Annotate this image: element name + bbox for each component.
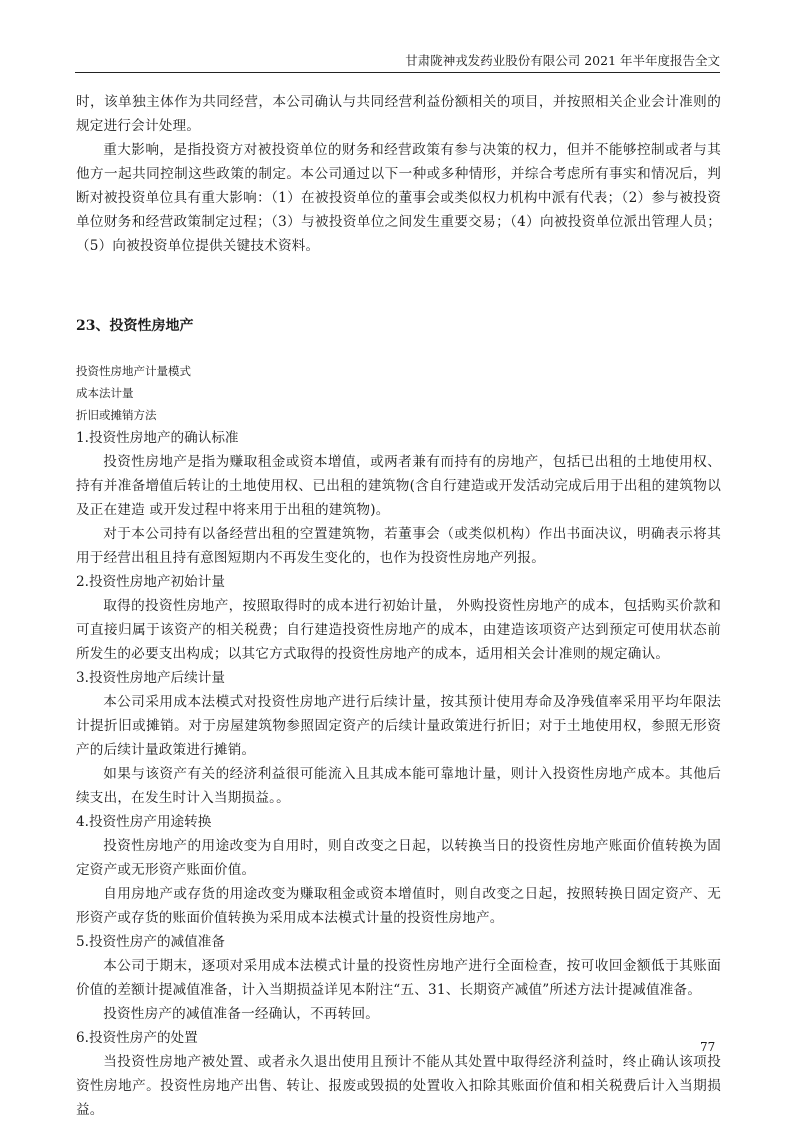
section-title: 23、投资性房地产: [76, 314, 721, 338]
subsection-paragraph: 对于本公司持有以备经营出租的空置建筑物，若董事会（或类似机构）作出书面决议，明确…: [76, 522, 721, 570]
report-title: 甘肃陇神戎发药业股份有限公司 2021 年半年度报告全文: [405, 53, 720, 68]
subsection-6: 6.投资性房产的处置 当投资性房地产被处置、或者永久退出使用且预计不能从其处置中…: [76, 1026, 721, 1122]
subsection-heading: 2.投资性房地产初始计量: [76, 570, 721, 594]
subsection-heading: 3.投资性房地产后续计量: [76, 666, 721, 690]
subsection-paragraph: 投资性房地产的用途改变为自用时，则自改变之日起，以转换当日的投资性房地产账面价值…: [76, 834, 721, 882]
measurement-model-label: 投资性房地产计量模式: [76, 360, 721, 382]
subsection-1: 1.投资性房地产的确认标准 投资性房地产是指为赚取租金或资本增值，或两者兼有而持…: [76, 426, 721, 570]
page-content: 时，该单独主体作为共同经营，本公司确认与共同经营利益份额相关的项目，并按照相关企…: [76, 90, 721, 1122]
subsection-heading: 4.投资性房产用途转换: [76, 810, 721, 834]
subsection-4: 4.投资性房产用途转换 投资性房地产的用途改变为自用时，则自改变之日起，以转换当…: [76, 810, 721, 930]
page-header: 甘肃陇神戎发药业股份有限公司 2021 年半年度报告全文: [75, 52, 720, 73]
measurement-model-value: 成本法计量: [76, 382, 721, 404]
subsection-paragraph: 本公司采用成本法模式对投资性房地产进行后续计量，按其预计使用寿命及净残值率采用平…: [76, 690, 721, 762]
intro-paragraph-1: 时，该单独主体作为共同经营，本公司确认与共同经营利益份额相关的项目，并按照相关企…: [76, 90, 721, 138]
subsection-paragraph: 投资性房地产是指为赚取租金或资本增值，或两者兼有而持有的房地产，包括已出租的土地…: [76, 450, 721, 522]
subsection-paragraph: 投资性房产的减值准备一经确认，不再转回。: [76, 1002, 721, 1026]
subsection-paragraph: 自用房地产或存货的用途改变为赚取租金或资本增值时，则自改变之日起，按照转换日固定…: [76, 882, 721, 930]
subsection-5: 5.投资性房产的减值准备 本公司于期末，逐项对采用成本法模式计量的投资性房地产进…: [76, 930, 721, 1026]
subsection-paragraph: 本公司于期末，逐项对采用成本法模式计量的投资性房地产进行全面检查，按可收回金额低…: [76, 954, 721, 1002]
subsection-heading: 5.投资性房产的减值准备: [76, 930, 721, 954]
subsection-3: 3.投资性房地产后续计量 本公司采用成本法模式对投资性房地产进行后续计量，按其预…: [76, 666, 721, 810]
subsection-paragraph: 如果与该资产有关的经济利益很可能流入且其成本能可靠地计量，则计入投资性房地产成本…: [76, 762, 721, 810]
subsection-2: 2.投资性房地产初始计量 取得的投资性房地产，按照取得时的成本进行初始计量， 外…: [76, 570, 721, 666]
page-number: 77: [700, 1040, 715, 1054]
subsection-heading: 1.投资性房地产的确认标准: [76, 426, 721, 450]
depreciation-method-label: 折旧或摊销方法: [76, 404, 721, 426]
intro-paragraph-2: 重大影响，是指投资方对被投资单位的财务和经营政策有参与决策的权力，但并不能够控制…: [76, 138, 721, 258]
spacer: [76, 258, 721, 314]
subsection-paragraph: 当投资性房地产被处置、或者永久退出使用且预计不能从其处置中取得经济利益时，终止确…: [76, 1050, 721, 1122]
spacer: [76, 338, 721, 360]
subsection-paragraph: 取得的投资性房地产，按照取得时的成本进行初始计量， 外购投资性房地产的成本，包括…: [76, 594, 721, 666]
subsection-heading: 6.投资性房产的处置: [76, 1026, 721, 1050]
